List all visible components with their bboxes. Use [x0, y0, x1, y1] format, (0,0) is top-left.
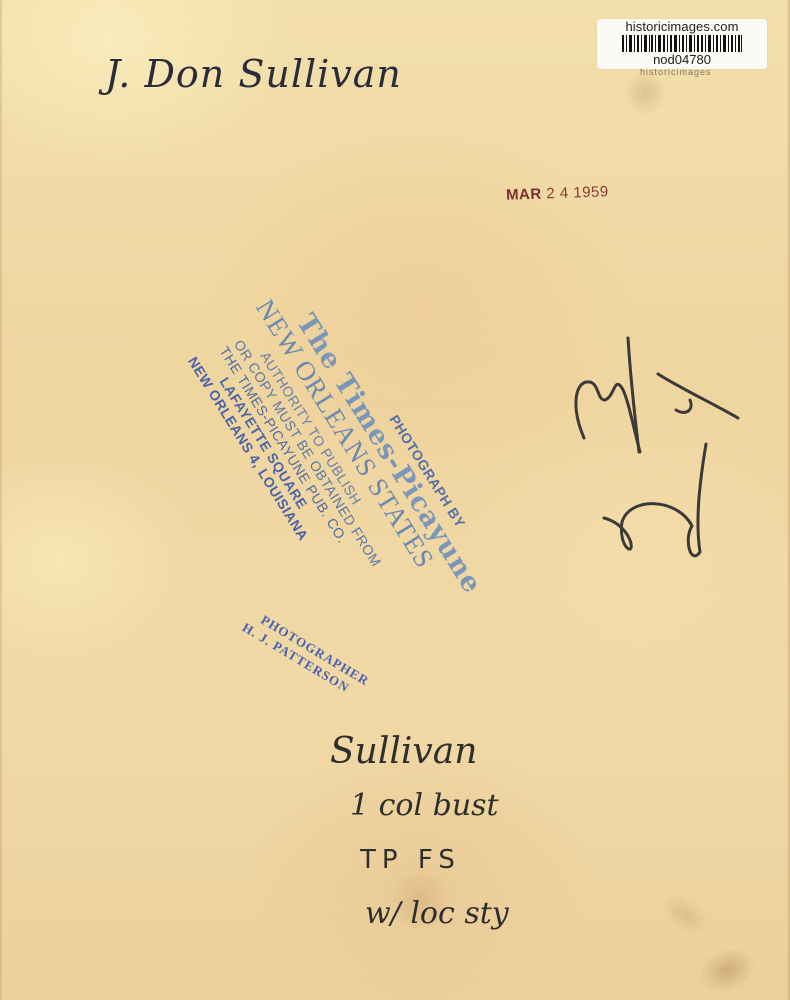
label-under-text: historicimages [640, 67, 712, 77]
note-story: w/ loc sty [330, 887, 509, 941]
handwritten-notes: Sullivan 1 col bust TP FS w/ loc sty [330, 725, 509, 941]
date-stamp-month: MAR [506, 186, 542, 204]
photo-back: historicimages.com nod04780 historicimag… [0, 0, 790, 1000]
paper-edge [0, 0, 2, 1000]
inventory-label: historicimages.com nod04780 [597, 19, 767, 69]
stain [656, 887, 714, 942]
stain [695, 942, 760, 998]
barcode-icon [622, 35, 742, 52]
note-code: TP FS [330, 833, 509, 887]
date-stamp-day-year: 2 4 1959 [546, 183, 609, 202]
note-size: 1 col bust [330, 779, 509, 833]
handwritten-name: J. Don Sullivan [105, 52, 402, 96]
label-site: historicimages.com [597, 20, 767, 33]
pencil-size-marks [560, 330, 740, 560]
publisher-stamp: PHOTOGRAPH BY The Times-Picayune NEW ORL… [198, 300, 502, 657]
label-id: nod04780 [597, 53, 767, 67]
note-subject: Sullivan [330, 725, 509, 779]
date-stamp: MAR 2 4 1959 [506, 183, 609, 204]
